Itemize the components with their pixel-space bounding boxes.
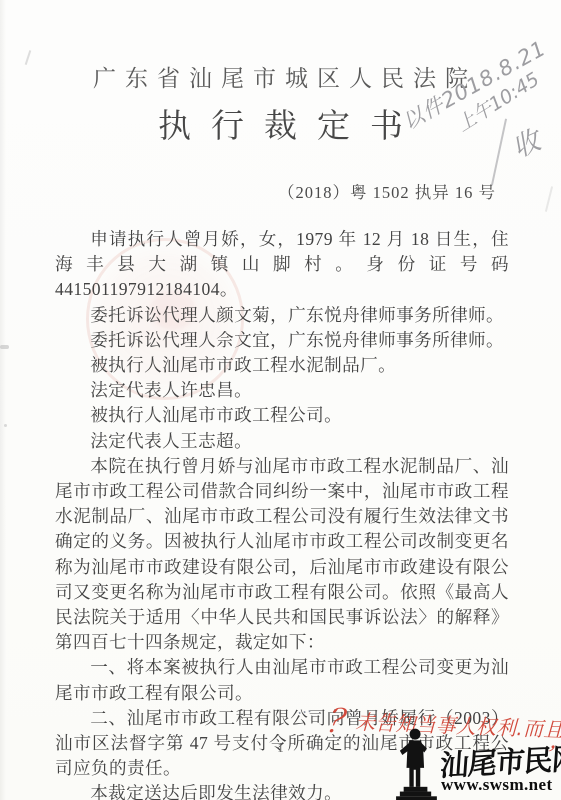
watermark-site-url: www.swsm.net [441, 775, 553, 795]
body-paragraph: 申请执行人曾月娇，女，1979 年 12 月 18 日生，住海丰县大湖镇山脚村。… [55, 227, 509, 303]
scan-artifact [4, 424, 7, 427]
body-paragraph: 委托诉讼代理人颜文菊，广东悦舟律师事务所律师。 [55, 303, 509, 328]
body-paragraph: 委托诉讼代理人佘文宜，广东悦舟律师事务所律师。 [55, 328, 509, 353]
scan-artifact [0, 345, 9, 349]
body-paragraph: 被执行人汕尾市市政工程水泥制品厂。 [55, 353, 509, 378]
scanned-document-page: 广东省汕尾市城区人民法院 执行裁定书 （2018）粤 1502 执异 16 号 … [0, 0, 561, 800]
site-watermark: 汕尾市民网 www.swsm.net [388, 726, 561, 800]
scan-artifact [545, 186, 553, 212]
case-number: （2018）粤 1502 执异 16 号 [0, 179, 496, 203]
person-silhouette-icon [390, 728, 442, 800]
body-paragraph: 被执行人汕尾市市政工程公司。 [55, 403, 509, 428]
body-paragraph: 法定代表人王志超。 [55, 429, 509, 454]
body-paragraph: 本院在执行曾月娇与汕尾市市政工程水泥制品厂、汕尾市市政工程公司借款合同纠纷一案中… [55, 454, 509, 656]
body-paragraph: 法定代表人许忠昌。 [55, 378, 509, 403]
body-paragraph: 一、将本案被执行人由汕尾市市政工程公司变更为汕尾市市政工程有限公司。 [55, 655, 509, 705]
